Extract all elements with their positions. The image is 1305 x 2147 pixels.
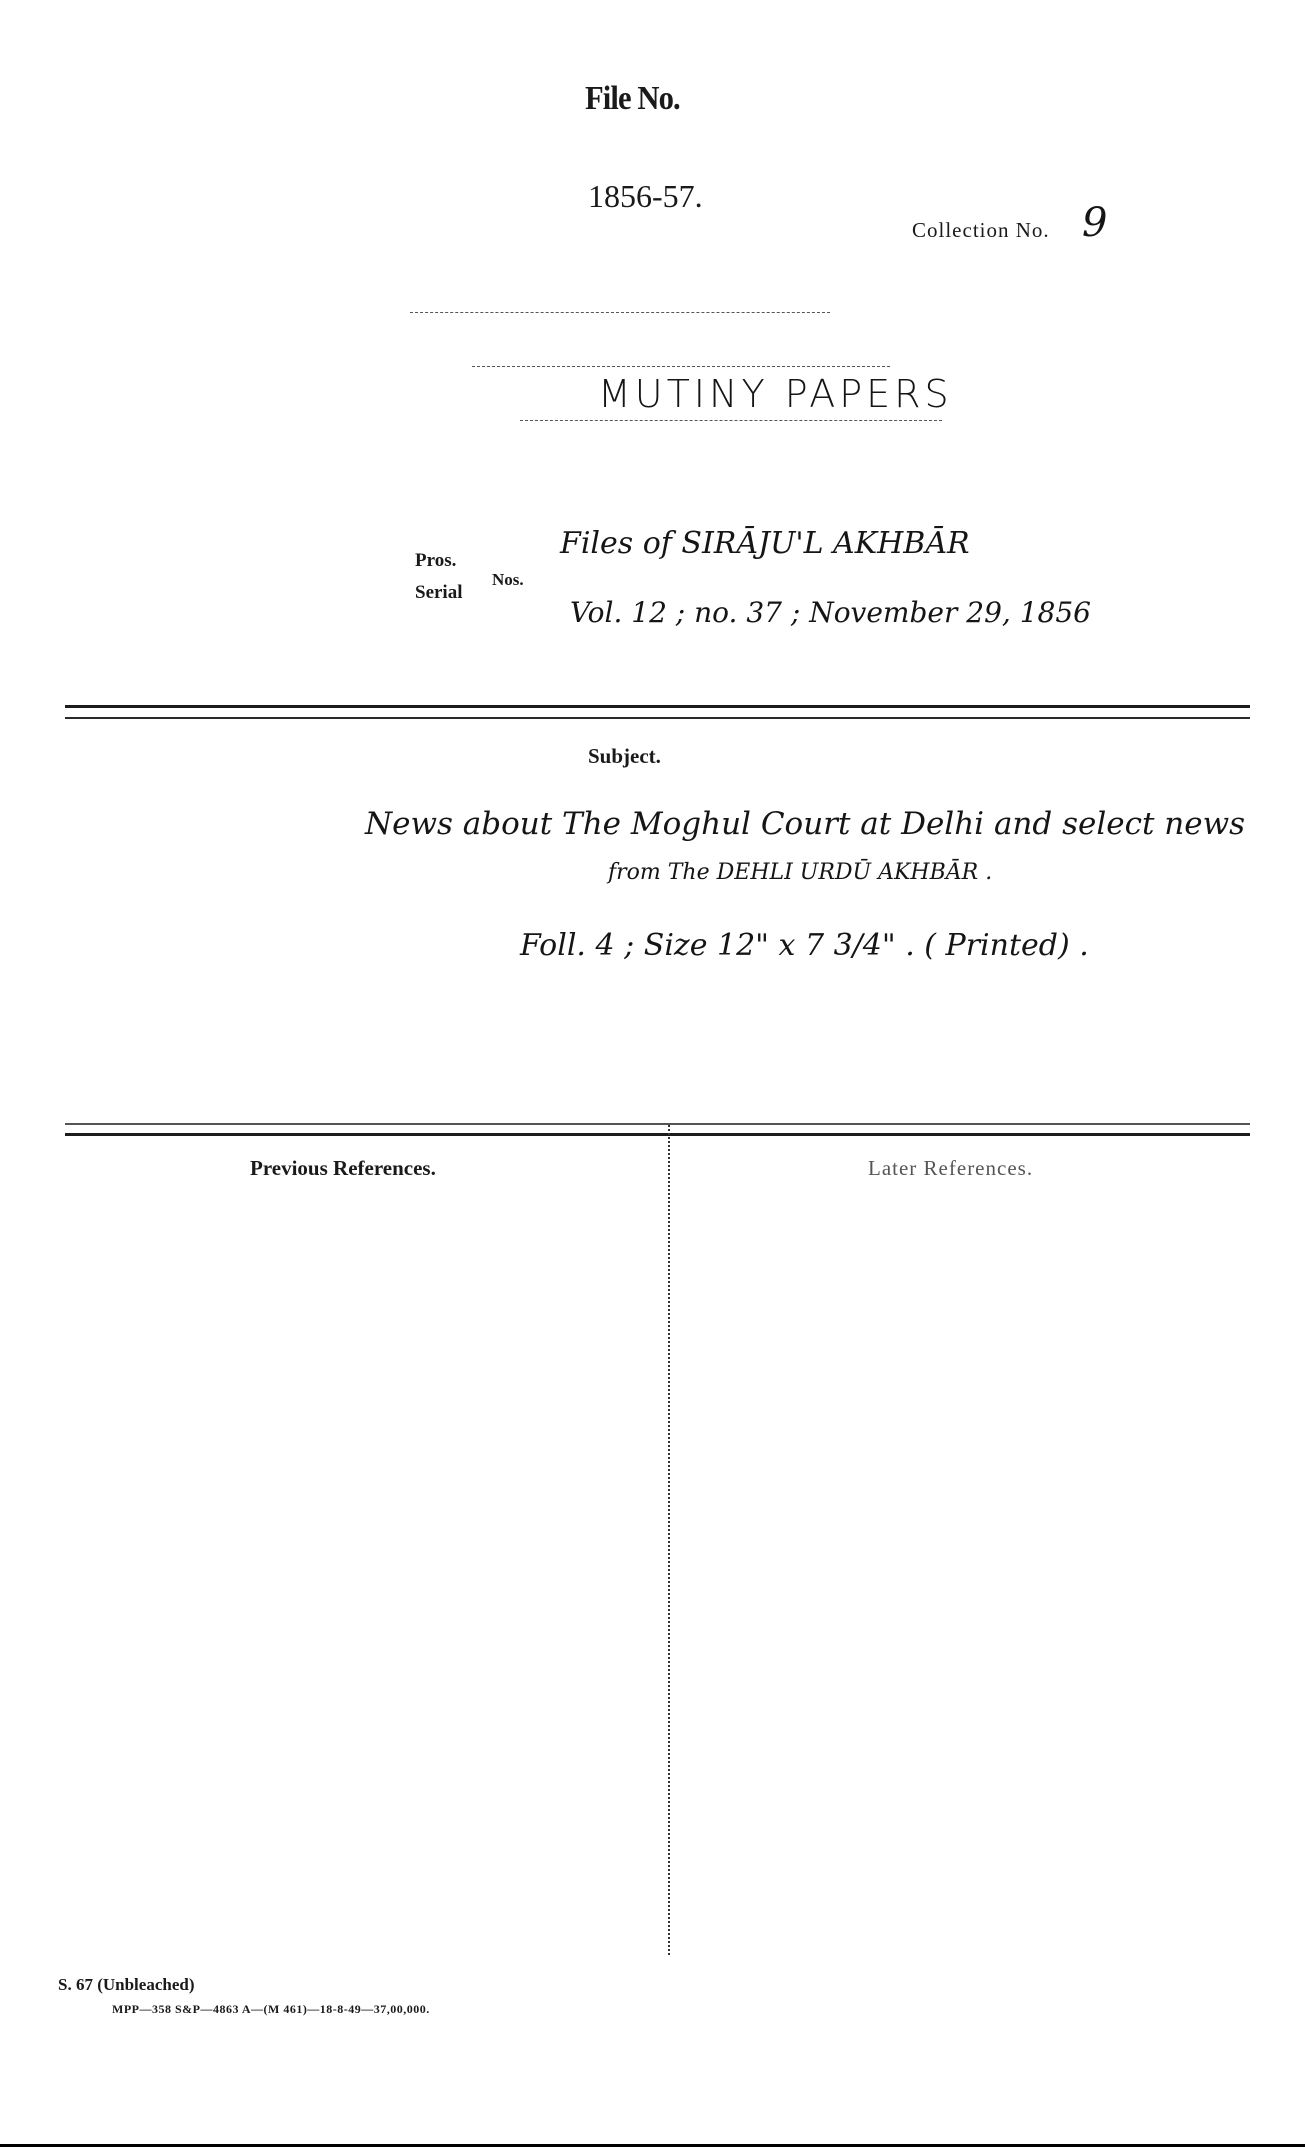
dashed-rule-second	[472, 366, 890, 367]
subject-text-line-1: News about The Moghul Court at Delhi and…	[365, 806, 1245, 842]
column-divider	[668, 1125, 670, 1955]
nos-label: Nos.	[492, 570, 524, 590]
dashed-rule-top	[410, 312, 830, 313]
serial-label: Serial	[415, 582, 463, 604]
subject-label: Subject.	[588, 744, 661, 769]
file-no-heading: File No.	[585, 80, 680, 118]
series-title-underline	[520, 420, 942, 421]
year-range: 1856-57.	[588, 178, 703, 215]
double-rule-upper-a	[65, 705, 1250, 708]
double-rule-lower-a	[65, 1123, 1250, 1125]
form-number: S. 67 (Unbleached)	[58, 1975, 194, 1995]
subject-text-line-2: from The DEHLI URDŪ AKHBĀR .	[608, 860, 992, 885]
pros-label: Pros.	[415, 550, 456, 572]
printer-imprint: MPP—358 S&P—4863 A—(M 461)—18-8-49—37,00…	[112, 2002, 430, 2017]
collection-number: 9	[1082, 200, 1107, 246]
later-references-heading: Later References.	[868, 1156, 1033, 1181]
files-of-title: Files of SIRĀJU'L AKHBĀR	[560, 526, 970, 561]
double-rule-upper-b	[65, 717, 1250, 719]
folio-size-details: Foll. 4 ; Size 12" x 7 3/4" . ( Printed)…	[520, 928, 1089, 963]
volume-issue-date: Vol. 12 ; no. 37 ; November 29, 1856	[570, 596, 1091, 629]
double-rule-lower-b	[65, 1133, 1250, 1136]
series-title: MUTINY PAPERS	[598, 372, 953, 416]
collection-label: Collection No.	[912, 218, 1050, 243]
previous-references-heading: Previous References.	[250, 1156, 436, 1181]
